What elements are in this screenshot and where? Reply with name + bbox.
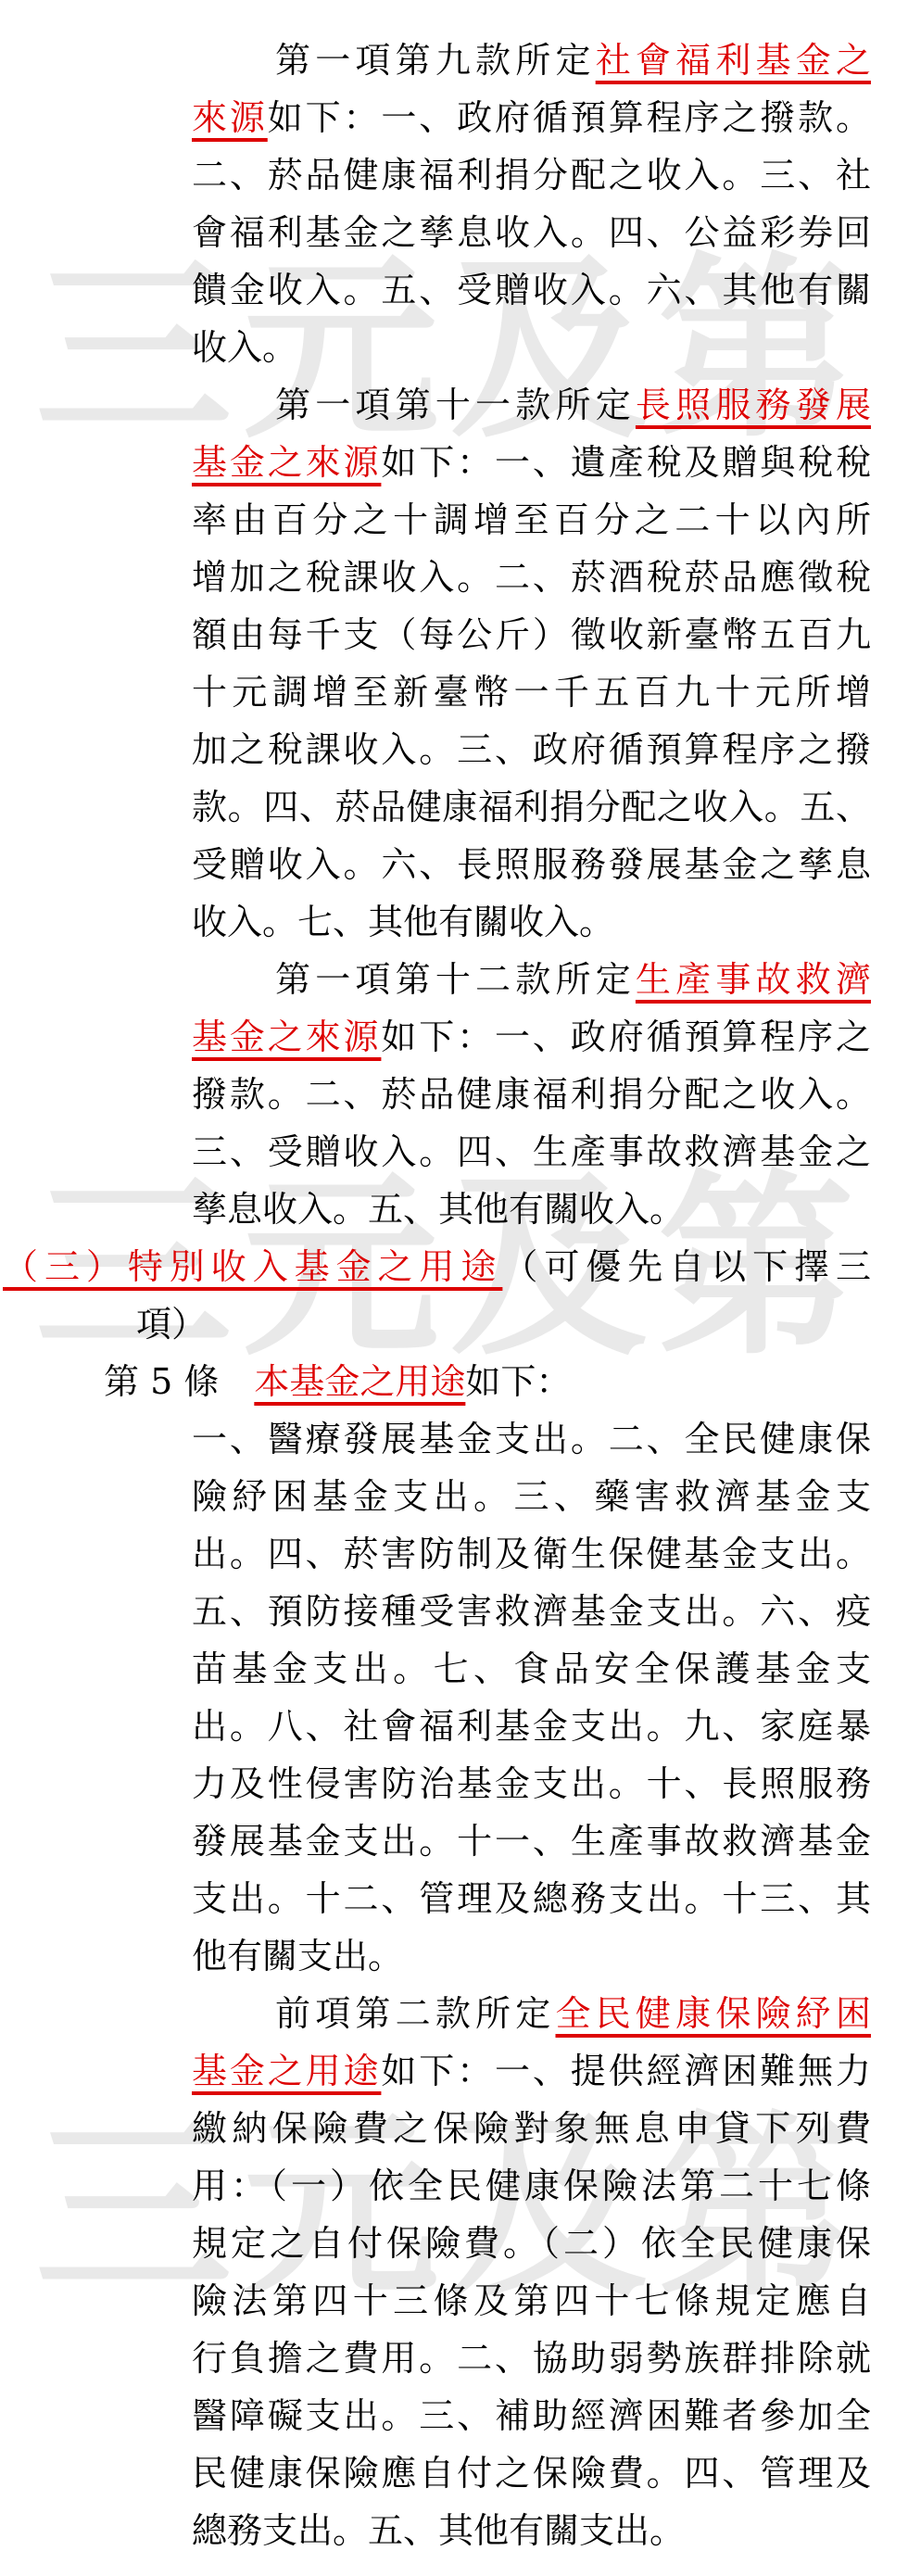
text-line: 撥款。二、菸品健康福利捐分配之收入。 [192,1066,871,1123]
text-segment: 二、菸品健康福利捐分配之收入。三、社 [192,155,871,196]
text-segment: 收入。七、其他有關收入。 [192,902,614,942]
text-segment: 十元調增至新臺幣一千五百九十元所增 [192,672,871,713]
highlighted-text: 來源 [192,97,268,138]
text-segment: 第一項第十二款所定 [275,959,636,1000]
text-segment: 發展基金支出。十一、生產事故救濟基金 [192,1821,871,1862]
text-line: 第一項第十二款所定生產事故救濟 [275,951,871,1008]
highlighted-text: 生產事故救濟 [636,959,871,1000]
text-segment: 受贈收入。六、長照服務發展基金之孳息 [192,844,871,885]
text-line: （三）特別收入基金之用途（可優先自以下擇三 [3,1238,871,1295]
text-line: 款。四、菸品健康福利捐分配之收入。五、 [192,778,871,836]
text-segment: 孳息收入。五、其他有關收入。 [192,1189,685,1230]
text-segment: 會福利基金之孳息收入。四、公益彩券回 [192,212,871,253]
text-segment: 力及性侵害防治基金支出。十、長照服務 [192,1763,871,1804]
text-segment: 款。四、菸品健康福利捐分配之收入。五、 [192,787,871,827]
text-line: 苗基金支出。七、食品安全保護基金支 [192,1640,871,1698]
highlighted-text: 社會福利基金之 [596,40,871,81]
text-line: 會福利基金之孳息收入。四、公益彩券回 [192,204,871,261]
text-segment: 第 5 條 [104,1361,254,1402]
text-segment: 用：（一）依全民健康保險法第二十七條 [192,2166,871,2206]
text-segment: 總務支出。五、其他有關支出。 [192,2510,685,2551]
text-line: 險法第四十三條及第四十七條規定應自 [192,2272,871,2330]
text-line: 增加之稅課收入。二、菸酒稅菸品應徵稅 [192,549,871,606]
highlighted-text: 基金之來源 [192,442,381,483]
highlighted-text: 本基金之用途 [254,1361,465,1402]
text-segment: 額由每千支（每公斤）徵收新臺幣五百九 [192,614,871,655]
highlighted-text: （三）特別收入基金之用途 [3,1246,502,1287]
text-line: 民健康保險應自付之保險費。四、管理及 [192,2444,871,2502]
text-segment: 他有關支出。 [192,1936,403,1976]
text-line: 加之稅課收入。三、政府循預算程序之撥 [192,721,871,778]
text-segment: 如下：一、提供經濟困難無力 [381,2051,871,2091]
text-segment: 收入。 [192,327,297,368]
text-segment: 前項第二款所定 [275,1993,556,2034]
text-segment: 如下：一、遺產稅及贈與稅稅 [381,442,871,483]
text-line: 收入。 [192,319,908,376]
highlighted-text: 全民健康保險紓困 [556,1993,872,2034]
text-segment: 醫障礙支出。三、補助經濟困難者參加全 [192,2395,871,2436]
text-line: 他有關支出。 [192,1927,908,1985]
text-line: 第一項第十一款所定長照服務發展 [275,376,871,434]
text-line: 饋金收入。五、受贈收入。六、其他有關 [192,261,871,319]
text-line: 三、受贈收入。四、生產事故救濟基金之 [192,1123,871,1181]
document-text: 第一項第九款所定社會福利基金之來源如下：一、政府循預算程序之撥款。二、菸品健康福… [0,0,908,2576]
text-segment: 率由百分之十調增至百分之二十以內所 [192,499,871,540]
text-segment: 加之稅課收入。三、政府循預算程序之撥 [192,729,871,770]
text-segment: 如下： [465,1361,571,1402]
text-line: 孳息收入。五、其他有關收入。 [192,1181,908,1238]
text-line: 出。四、菸害防制及衛生保健基金支出。 [192,1525,871,1583]
text-line: 受贈收入。六、長照服務發展基金之孳息 [192,836,871,893]
document-page: 三元及第三元及第三元及第 第一項第九款所定社會福利基金之來源如下：一、政府循預算… [0,0,908,2576]
text-segment: 出。四、菸害防制及衛生保健基金支出。 [192,1534,871,1574]
text-line: 項） [136,1295,908,1353]
text-line: 基金之來源如下：一、政府循預算程序之 [192,1008,871,1066]
text-line: 第 5 條 本基金之用途如下： [104,1353,908,1410]
text-segment: 出。八、社會福利基金支出。九、家庭暴 [192,1706,871,1747]
text-line: 總務支出。五、其他有關支出。 [192,2502,908,2559]
text-line: 十元調增至新臺幣一千五百九十元所增 [192,663,871,721]
text-line: 險紓困基金支出。三、藥害救濟基金支 [192,1468,871,1525]
text-segment: 如下：一、政府循預算程序之 [381,1017,871,1057]
text-segment: 項） [136,1304,207,1345]
text-segment: 民健康保險應自付之保險費。四、管理及 [192,2453,871,2494]
text-segment: 支出。十二、管理及總務支出。十三、其 [192,1878,871,1919]
text-line: 第一項第九款所定社會福利基金之 [275,32,871,89]
text-line: 發展基金支出。十一、生產事故救濟基金 [192,1812,871,1870]
text-line: 率由百分之十調增至百分之二十以內所 [192,491,871,549]
text-segment: 增加之稅課收入。二、菸酒稅菸品應徵稅 [192,557,871,598]
text-segment: 險紓困基金支出。三、藥害救濟基金支 [192,1476,871,1517]
text-line: 出。八、社會福利基金支出。九、家庭暴 [192,1698,871,1755]
text-segment: 饋金收入。五、受贈收入。六、其他有關 [192,270,871,310]
text-line: 二、菸品健康福利捐分配之收入。三、社 [192,146,871,204]
text-line: 醫障礙支出。三、補助經濟困難者參加全 [192,2387,871,2444]
text-line: 五、預防接種受害救濟基金支出。六、疫 [192,1583,871,1640]
text-line: 基金之來源如下：一、遺產稅及贈與稅稅 [192,434,871,491]
text-segment: 五、預防接種受害救濟基金支出。六、疫 [192,1591,871,1632]
text-line: 繳納保險費之保險對象無息申貸下列費 [192,2100,871,2157]
text-line: 基金之用途如下：一、提供經濟困難無力 [192,2042,871,2100]
text-line: 來源如下：一、政府循預算程序之撥款。 [192,89,871,146]
text-segment: 第一項第十一款所定 [275,385,636,425]
text-segment: 三、受贈收入。四、生產事故救濟基金之 [192,1131,871,1172]
text-segment: 撥款。二、菸品健康福利捐分配之收入。 [192,1074,871,1115]
text-line: 力及性侵害防治基金支出。十、長照服務 [192,1755,871,1812]
text-line: 用：（一）依全民健康保險法第二十七條 [192,2157,871,2215]
text-segment: 苗基金支出。七、食品安全保護基金支 [192,1648,871,1689]
text-segment: （可優先自以下擇三 [502,1246,871,1287]
text-line: 規定之自付保險費。（二）依全民健康保 [192,2215,871,2272]
text-segment: 險法第四十三條及第四十七條規定應自 [192,2280,871,2321]
text-line: 支出。十二、管理及總務支出。十三、其 [192,1870,871,1927]
text-segment: 規定之自付保險費。（二）依全民健康保 [192,2223,871,2264]
text-line: 收入。七、其他有關收入。 [192,893,908,951]
highlighted-text: 基金之用途 [192,2051,381,2091]
text-line: 額由每千支（每公斤）徵收新臺幣五百九 [192,606,871,663]
highlighted-text: 長照服務發展 [636,385,871,425]
text-segment: 第一項第九款所定 [275,40,596,81]
text-segment: 一、醫療發展基金支出。二、全民健康保 [192,1419,871,1459]
text-segment: 如下：一、政府循預算程序之撥款。 [268,97,871,138]
highlighted-text: 基金之來源 [192,1017,381,1057]
text-segment: 行負擔之費用。二、協助弱勢族群排除就 [192,2338,871,2379]
text-line: 行負擔之費用。二、協助弱勢族群排除就 [192,2330,871,2387]
text-segment: 繳納保險費之保險對象無息申貸下列費 [192,2108,871,2149]
text-line: 一、醫療發展基金支出。二、全民健康保 [192,1410,871,1468]
text-line: 前項第二款所定全民健康保險紓困 [275,1985,871,2042]
